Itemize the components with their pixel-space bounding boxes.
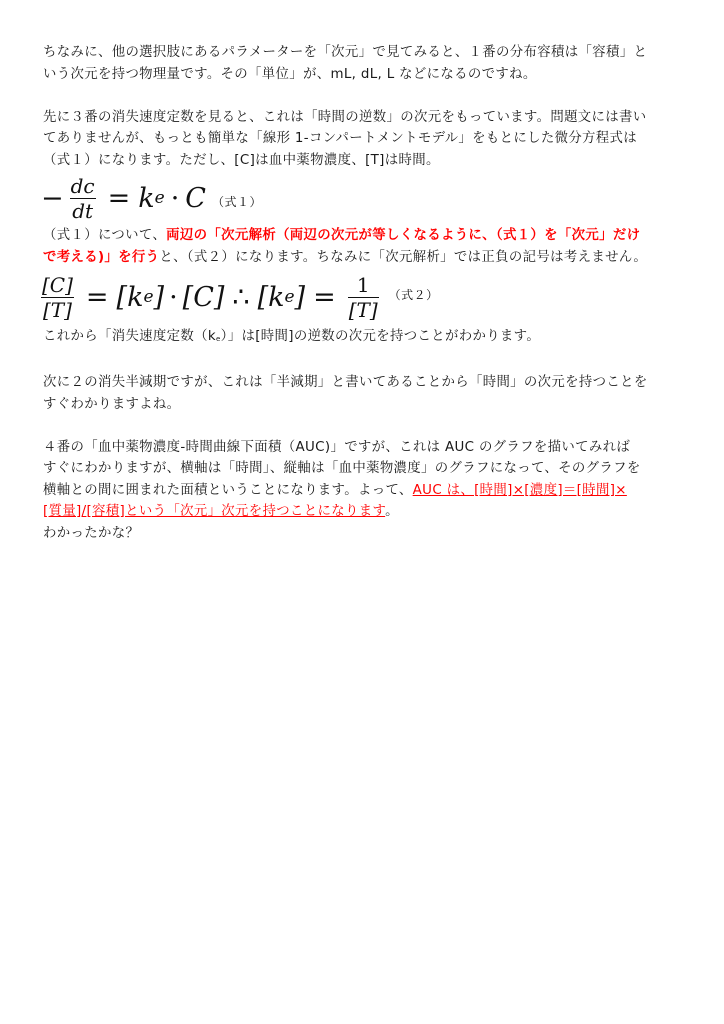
equation-label: （式２） xyxy=(389,286,439,303)
emphasis-text: 両辺の「次元解析（両辺の次元が等しくなるように、（式１）を「次元」だけ xyxy=(166,228,640,243)
document-page: ちなみに、他の選択肢にあるパラメーターを「次元」で見てみると、１番の分布容積は「… xyxy=(43,42,683,544)
numerator: [C] xyxy=(41,275,74,295)
equation-2: [C] [T] = [ke] · [C] ∴ [ke] = 1 [T] （式２） xyxy=(41,268,683,326)
ke-bracket-close: ] xyxy=(154,282,165,313)
text-segment: と、（式２）になります。ちなみに「次元解析」では正負の記号は考えません。 xyxy=(159,250,647,265)
text-line: すぐわかりますよね。 xyxy=(43,394,683,416)
text-line: すぐにわかりますが、横軸は「時間」、縦軸は「血中薬物濃度」のグラフになって、その… xyxy=(43,458,683,480)
paragraph-half-life: 次に２の消失半減期ですが、これは「半減期」と書いてあることから「時間」の次元を持… xyxy=(43,372,683,415)
paragraph-elimination-rate: 先に３番の消失速度定数を見ると、これは「時間の逆数」の次元をもっています。問題文… xyxy=(43,107,683,172)
ke-bracket-open: [k xyxy=(117,282,144,313)
ke-bracket-open: [k xyxy=(258,282,285,313)
text-line: いう次元を持つ物理量です。その「単位」が、mL, dL, L などになるのですね… xyxy=(43,64,683,86)
numerator: 1 xyxy=(356,275,371,295)
text-line: 先に３番の消失速度定数を見ると、これは「時間の逆数」の次元をもっています。問題文… xyxy=(43,107,683,129)
text-line: 横軸との間に囲まれた面積ということになります。よって、AUC は、[時間]×[濃… xyxy=(43,480,683,502)
text-line: 次に２の消失半減期ですが、これは「半減期」と書いてあることから「時間」の次元を持… xyxy=(43,372,683,394)
spacer xyxy=(43,85,683,107)
fraction-dc-dt: dc dt xyxy=(70,176,96,221)
text-line: ちなみに、他の選択肢にあるパラメーターを「次元」で見てみると、１番の分布容積は「… xyxy=(43,42,683,64)
ke-subscript: e xyxy=(143,287,153,307)
text-line: （式１）について、両辺の「次元解析（両辺の次元が等しくなるように、（式１）を「次… xyxy=(43,225,683,247)
equals-sign: = xyxy=(313,282,336,313)
equals-sign: = xyxy=(108,183,131,214)
text-line: で考える)」を行うと、（式２）になります。ちなみに「次元解析」では正負の記号は考… xyxy=(43,247,683,269)
text-segment: （式１）について、 xyxy=(43,228,166,243)
ke-subscript: e xyxy=(284,287,294,307)
c-bracket: [C] xyxy=(183,282,225,313)
text-line: ４番の「血中薬物濃度-時間曲線下面積（AUC)」ですが、これは AUC のグラフ… xyxy=(43,437,683,459)
k-symbol: k xyxy=(138,183,154,214)
denominator: [T] xyxy=(348,300,379,320)
text-segment: ）」は[時間]の逆数の次元を持つことがわかります。 xyxy=(221,329,540,344)
underlined-emphasis: AUC は、[時間]×[濃度]＝[時間]× xyxy=(413,483,627,498)
text-segment: 。 xyxy=(385,504,399,519)
denominator: [T] xyxy=(42,300,73,320)
spacer xyxy=(43,415,683,437)
text-line: わかったかな？ xyxy=(43,523,683,545)
denominator: dt xyxy=(71,201,94,221)
numerator: dc xyxy=(70,176,96,196)
text-line: これから「消失速度定数（ke）」は[時間]の逆数の次元を持つことがわかります。 xyxy=(43,326,683,351)
text-line: （式１）になります。ただし、[C]は血中薬物濃度、[T]は時間。 xyxy=(43,150,683,172)
underlined-emphasis: [質量]/[容積]という「次元」次元を持つことになります xyxy=(43,504,385,519)
ke-bracket-close: ] xyxy=(295,282,306,313)
text-line: てありませんが、もっとも簡単な「線形 1-コンパートメントモデル」をもとにした微… xyxy=(43,128,683,150)
equation-1: − dc dt = ke · C （式１） xyxy=(41,171,683,225)
paragraph-auc: ４番の「血中薬物濃度-時間曲線下面積（AUC)」ですが、これは AUC のグラフ… xyxy=(43,437,683,545)
text-line: [質量]/[容積]という「次元」次元を持つことになります。 xyxy=(43,501,683,523)
spacer xyxy=(43,351,683,373)
text-segment: これから「消失速度定数（k xyxy=(43,329,216,344)
c-symbol: C xyxy=(185,183,206,214)
dot-operator: · xyxy=(171,183,180,214)
text-segment: 横軸との間に囲まれた面積ということになります。よって、 xyxy=(43,483,413,498)
k-subscript: e xyxy=(155,188,165,208)
paragraph-dimensional-analysis: （式１）について、両辺の「次元解析（両辺の次元が等しくなるように、（式１）を「次… xyxy=(43,225,683,268)
fraction-c-over-t: [C] [T] xyxy=(41,275,74,320)
equals-sign: = xyxy=(86,282,109,313)
therefore-symbol: ∴ xyxy=(232,282,249,313)
emphasis-text: で考える)」を行う xyxy=(43,250,159,265)
minus-sign: − xyxy=(41,183,64,214)
paragraph-conclusion-ke: これから「消失速度定数（ke）」は[時間]の逆数の次元を持つことがわかります。 xyxy=(43,326,683,351)
paragraph-distribution-volume: ちなみに、他の選択肢にあるパラメーターを「次元」で見てみると、１番の分布容積は「… xyxy=(43,42,683,85)
equation-label: （式１） xyxy=(212,193,262,210)
fraction-one-over-t: 1 [T] xyxy=(348,275,379,320)
dot-operator: · xyxy=(169,282,178,313)
